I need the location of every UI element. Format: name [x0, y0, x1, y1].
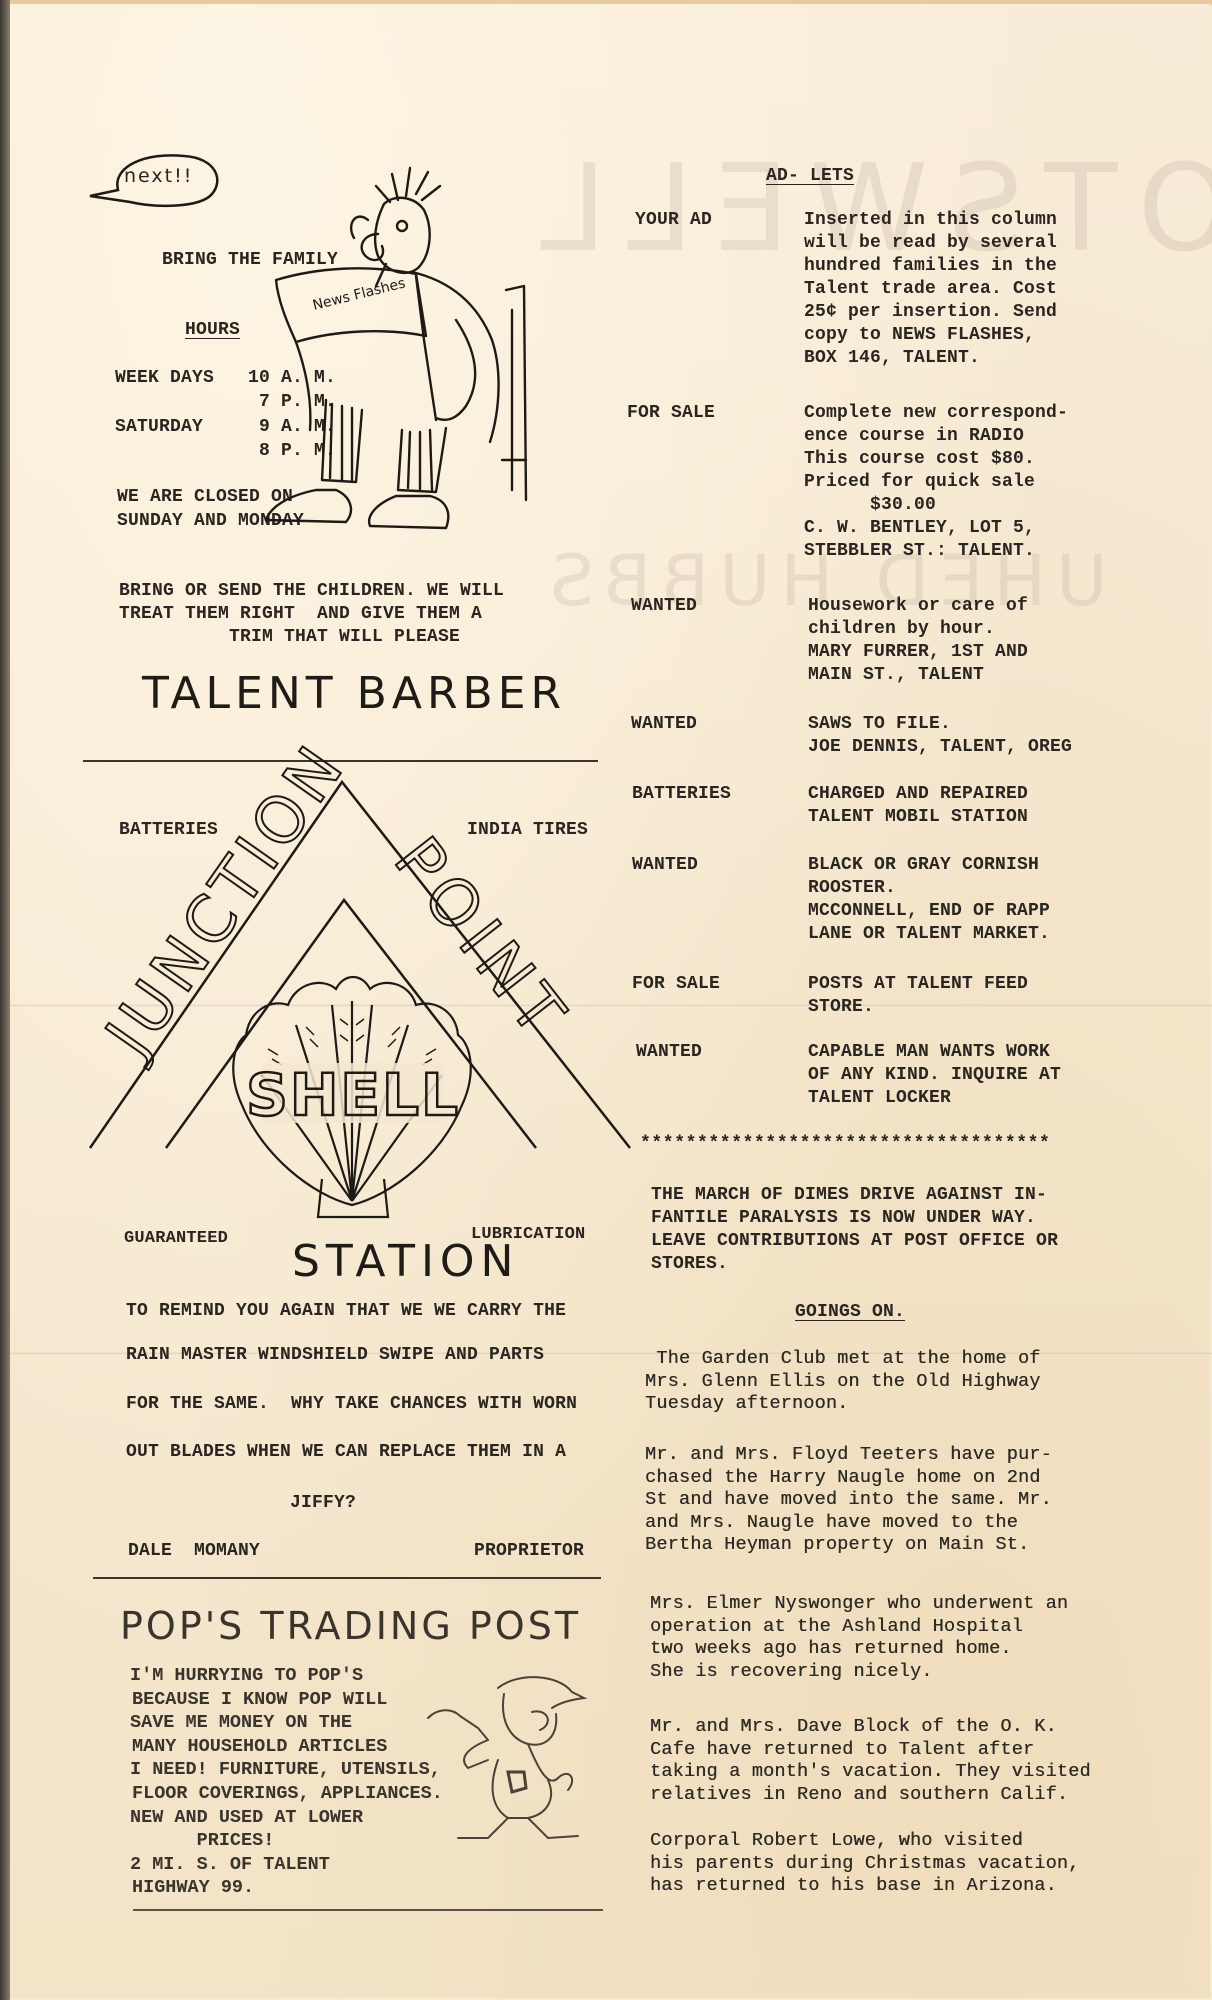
shell-logo-icon: SHELL — [222, 965, 482, 1225]
news-item-line: two weeks ago has returned home. — [650, 1637, 1012, 1660]
adlet-text-line: TALENT MOBIL STATION — [808, 806, 1028, 829]
adlet-category-label: WANTED — [631, 595, 697, 618]
asterisk-separator: ************************************ — [640, 1133, 1050, 1156]
adlet-text-line: This course cost $80. — [804, 448, 1035, 471]
adlet-text-line: hundred families in the — [804, 255, 1057, 278]
adlet-text-line: STORE. — [808, 996, 874, 1019]
pops-body-line: FLOOR COVERINGS, APPLIANCES. — [132, 1782, 443, 1805]
news-item-line: Mr. and Mrs. Dave Block of the O. K. — [650, 1715, 1057, 1738]
shell-body-line: TO REMIND YOU AGAIN THAT WE WE CARRY THE — [126, 1300, 566, 1323]
news-item-line: has returned to his base in Arizona. — [650, 1874, 1057, 1897]
pops-body-line: BECAUSE I KNOW POP WILL — [132, 1688, 387, 1711]
adlets-heading: AD- LETS — [766, 165, 854, 188]
adlet-text-line: SAWS TO FILE. — [808, 713, 951, 736]
shell-body-line: FOR THE SAME. WHY TAKE CHANCES WITH WORN — [126, 1393, 577, 1416]
children-notice-line: TREAT THEM RIGHT AND GIVE THEM A — [119, 603, 482, 626]
notice-line: STORES. — [651, 1253, 728, 1276]
scan-left-edge — [0, 0, 10, 2000]
news-item-line: Mr. and Mrs. Floyd Teeters have pur- — [645, 1443, 1052, 1466]
adlet-text-line: CAPABLE MAN WANTS WORK — [808, 1041, 1050, 1064]
adlet-text-line: Priced for quick sale — [804, 471, 1035, 494]
adlet-text-line: CHARGED AND REPAIRED — [808, 783, 1028, 806]
adlet-text-line: STEBBLER ST.: TALENT. — [804, 540, 1035, 563]
pops-title: POP'S TRADING POST — [120, 1604, 581, 1648]
hours-day: SATURDAY — [115, 416, 203, 439]
adlet-text-line: Complete new correspond- — [804, 402, 1068, 425]
news-item-line: relatives in Reno and southern Calif. — [650, 1783, 1068, 1806]
adlet-text-line: OF ANY KIND. INQUIRE AT — [808, 1064, 1061, 1087]
pops-body-line: HIGHWAY 99. — [132, 1876, 254, 1899]
svg-text:News Flashes: News Flashes — [311, 275, 407, 313]
news-item-line: St and have moved into the same. Mr. — [645, 1488, 1052, 1511]
adlet-category-label: WANTED — [632, 854, 698, 877]
pops-body-line: PRICES! — [130, 1829, 274, 1852]
adlet-text-line: 25¢ per insertion. Send — [804, 301, 1057, 324]
news-item-line: Corporal Robert Lowe, who visited — [650, 1829, 1023, 1852]
news-item-line: and Mrs. Naugle have moved to the — [645, 1511, 1018, 1534]
shell-body-line: OUT BLADES WHEN WE CAN REPLACE THEM IN A — [126, 1441, 566, 1464]
news-item-line: Mrs. Elmer Nyswonger who underwent an — [650, 1592, 1068, 1615]
goings-on-heading: GOINGS ON. — [795, 1301, 905, 1324]
adlet-text-line: BLACK OR GRAY CORNISH — [808, 854, 1039, 877]
pops-body-line: NEW AND USED AT LOWER — [130, 1806, 363, 1829]
adlet-category-label: WANTED — [631, 713, 697, 736]
shell-body-line: RAIN MASTER WINDSHIELD SWIPE AND PARTS — [126, 1344, 544, 1367]
pops-body-line: I'M HURRYING TO POP'S — [130, 1664, 363, 1687]
children-notice-line: TRIM THAT WILL PLEASE — [229, 626, 460, 649]
adlet-text-line: MCCONNELL, END OF RAPP — [808, 900, 1050, 923]
man-reading-newspaper-illustration: News Flashes — [306, 160, 596, 545]
news-item-line: Bertha Heyman property on Main St. — [645, 1533, 1029, 1556]
pops-body-line: MANY HOUSEHOLD ARTICLES — [132, 1735, 387, 1758]
svg-text:SHELL: SHELL — [246, 1061, 460, 1129]
children-notice-line: BRING OR SEND THE CHILDREN. WE WILL — [119, 580, 504, 603]
adlet-text-line: ROOSTER. — [808, 877, 896, 900]
adlet-text-line: will be read by several — [804, 232, 1057, 255]
hours-heading: HOURS — [185, 319, 240, 342]
adlet-text-line: MARY FURRER, 1ST AND — [808, 641, 1028, 664]
adlet-text-line: ence course in RADIO — [804, 425, 1024, 448]
notice-line: LEAVE CONTRIBUTIONS AT POST OFFICE OR — [651, 1230, 1058, 1253]
shell-bottom-left-label: GUARANTEED — [124, 1227, 228, 1250]
news-item-line: his parents during Christmas vacation, — [650, 1852, 1079, 1875]
news-item-line: Tuesday afternoon. — [645, 1392, 848, 1415]
news-item-line: taking a month's vacation. They visited — [650, 1760, 1091, 1783]
pops-body-line: SAVE ME MONEY ON THE — [130, 1711, 352, 1734]
adlet-text-line: LANE OR TALENT MARKET. — [808, 923, 1050, 946]
adlet-text-line: Talent trade area. Cost — [804, 278, 1057, 301]
section-divider — [93, 1577, 601, 1579]
news-item-line: Mrs. Glenn Ellis on the Old Highway — [645, 1370, 1041, 1393]
running-man-illustration — [408, 1668, 608, 1868]
adlet-text-line: children by hour. — [808, 618, 995, 641]
closed-notice-line: SUNDAY AND MONDAY — [117, 510, 304, 533]
shell-body-line: JIFFY? — [290, 1492, 356, 1515]
adlet-text-line: copy to NEWS FLASHES, — [804, 324, 1035, 347]
closed-notice-line: WE ARE CLOSED ON — [117, 486, 293, 509]
adlet-category-label: WANTED — [636, 1041, 702, 1064]
news-item-line: operation at the Ashland Hospital — [650, 1615, 1023, 1638]
proprietor-name: DALE MOMANY — [128, 1540, 260, 1563]
adlet-category-label: YOUR AD — [635, 209, 712, 232]
speech-bubble-text: next!! — [124, 165, 193, 188]
barber-shop-name: TALENT BARBER — [142, 668, 566, 719]
adlet-category-label: BATTERIES — [632, 783, 731, 806]
news-item-line: The Garden Club met at the home of — [645, 1347, 1041, 1370]
news-item-line: Cafe have returned to Talent after — [650, 1738, 1034, 1761]
station-label: STATION — [292, 1236, 519, 1287]
notice-line: THE MARCH OF DIMES DRIVE AGAINST IN- — [651, 1184, 1047, 1207]
section-divider — [133, 1909, 603, 1911]
adlet-text-line: Housework or care of — [808, 595, 1028, 618]
adlet-category-label: FOR SALE — [632, 973, 720, 996]
adlet-text-line: BOX 146, TALENT. — [804, 347, 980, 370]
adlet-text-line: POSTS AT TALENT FEED — [808, 973, 1028, 996]
notice-line: FANTILE PARALYSIS IS NOW UNDER WAY. — [651, 1207, 1036, 1230]
adlet-category-label: FOR SALE — [627, 402, 715, 425]
pops-body-line: 2 MI. S. OF TALENT — [130, 1853, 330, 1876]
adlet-text-line: Inserted in this column — [804, 209, 1057, 232]
adlet-text-line: JOE DENNIS, TALENT, OREG — [808, 736, 1072, 759]
news-item-line: chased the Harry Naugle home on 2nd — [645, 1466, 1041, 1489]
hours-day: WEEK DAYS — [115, 367, 214, 390]
pops-body-line: I NEED! FURNITURE, UTENSILS, — [130, 1758, 441, 1781]
adlet-text-line: $30.00 — [804, 494, 936, 517]
adlet-text-line: MAIN ST., TALENT — [808, 664, 984, 687]
adlet-text-line: C. W. BENTLEY, LOT 5, — [804, 517, 1035, 540]
proprietor-title: PROPRIETOR — [474, 1540, 584, 1563]
adlet-text-line: TALENT LOCKER — [808, 1087, 951, 1110]
news-item-line: She is recovering nicely. — [650, 1660, 933, 1683]
